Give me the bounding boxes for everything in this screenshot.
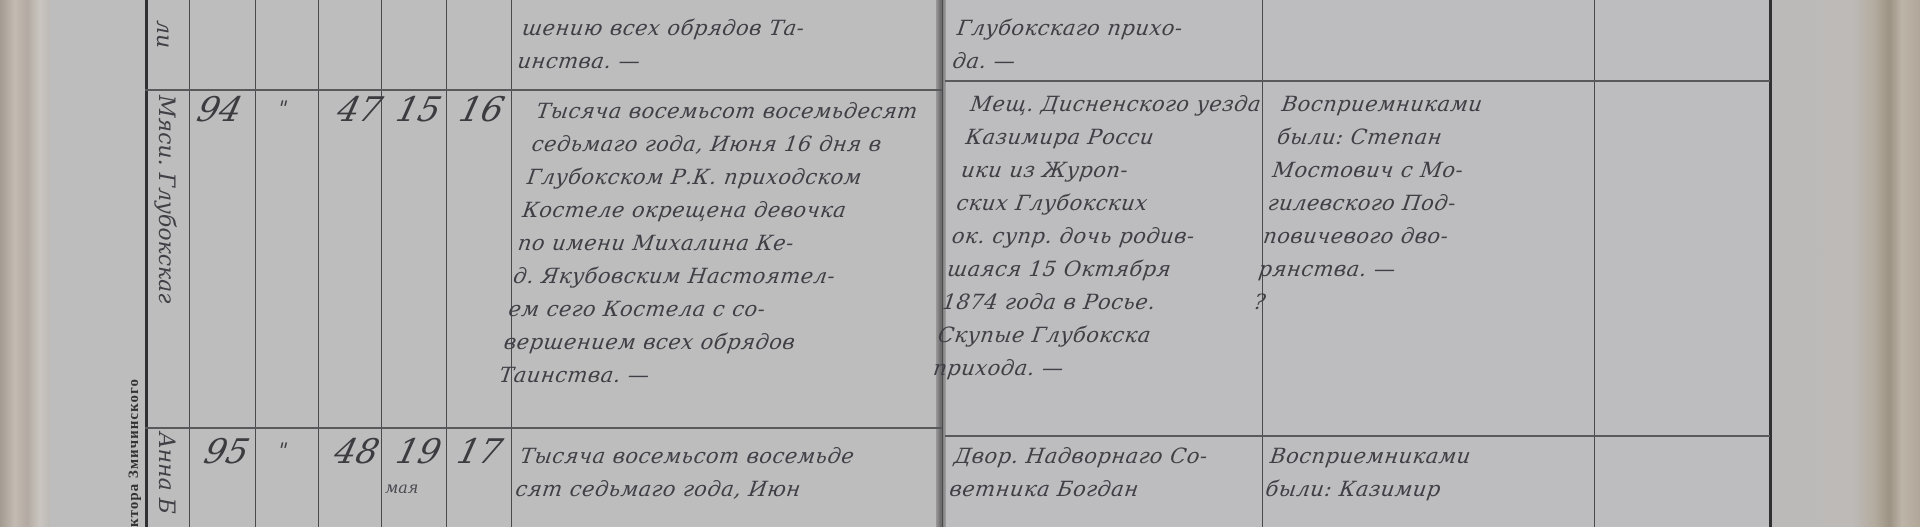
column-rule (942, 0, 943, 527)
column-rule (511, 0, 512, 527)
row-margin-note: Мяси. Глубокскаг (153, 95, 178, 303)
godparents-text: Восприемниками были: Казимир (1263, 440, 1473, 506)
row-divider (145, 89, 942, 91)
record-text: Тысяча восемьсот восемьдесят седьмаго го… (497, 95, 920, 392)
column-rule (381, 0, 382, 527)
row-divider (945, 80, 1770, 82)
margin-fragment: ли (151, 20, 176, 48)
column-rule (446, 0, 447, 527)
book-edge-right (1770, 0, 1920, 527)
column-rule (255, 0, 256, 527)
margin-rule (145, 0, 148, 527)
row-divider (145, 427, 942, 429)
printed-margin-label: ктора Змичинского (126, 378, 143, 527)
record-text: Тысяча восемьсот восемьде сят седьмаго г… (513, 440, 856, 506)
record-text-fragment: шению всех обрядов Та- инства. — (515, 12, 806, 78)
parents-text: Двор. Надворнаго Со- ветника Богдан (947, 440, 1210, 506)
column-rule (189, 0, 190, 527)
row-divider (945, 435, 1770, 437)
godparents-text: Восприемниками были: Степан Мостович с М… (1252, 88, 1485, 319)
row-margin-note: Анна Б (153, 432, 178, 514)
column-rule (318, 0, 319, 527)
parents-text: Мещ. Дисненского уезда Казимира Росси ик… (931, 88, 1263, 385)
parents-text-fragment: Глубокскаго прихо- да. — (950, 12, 1185, 78)
birth-month: мая (385, 478, 418, 497)
book-edge-left (0, 0, 50, 527)
